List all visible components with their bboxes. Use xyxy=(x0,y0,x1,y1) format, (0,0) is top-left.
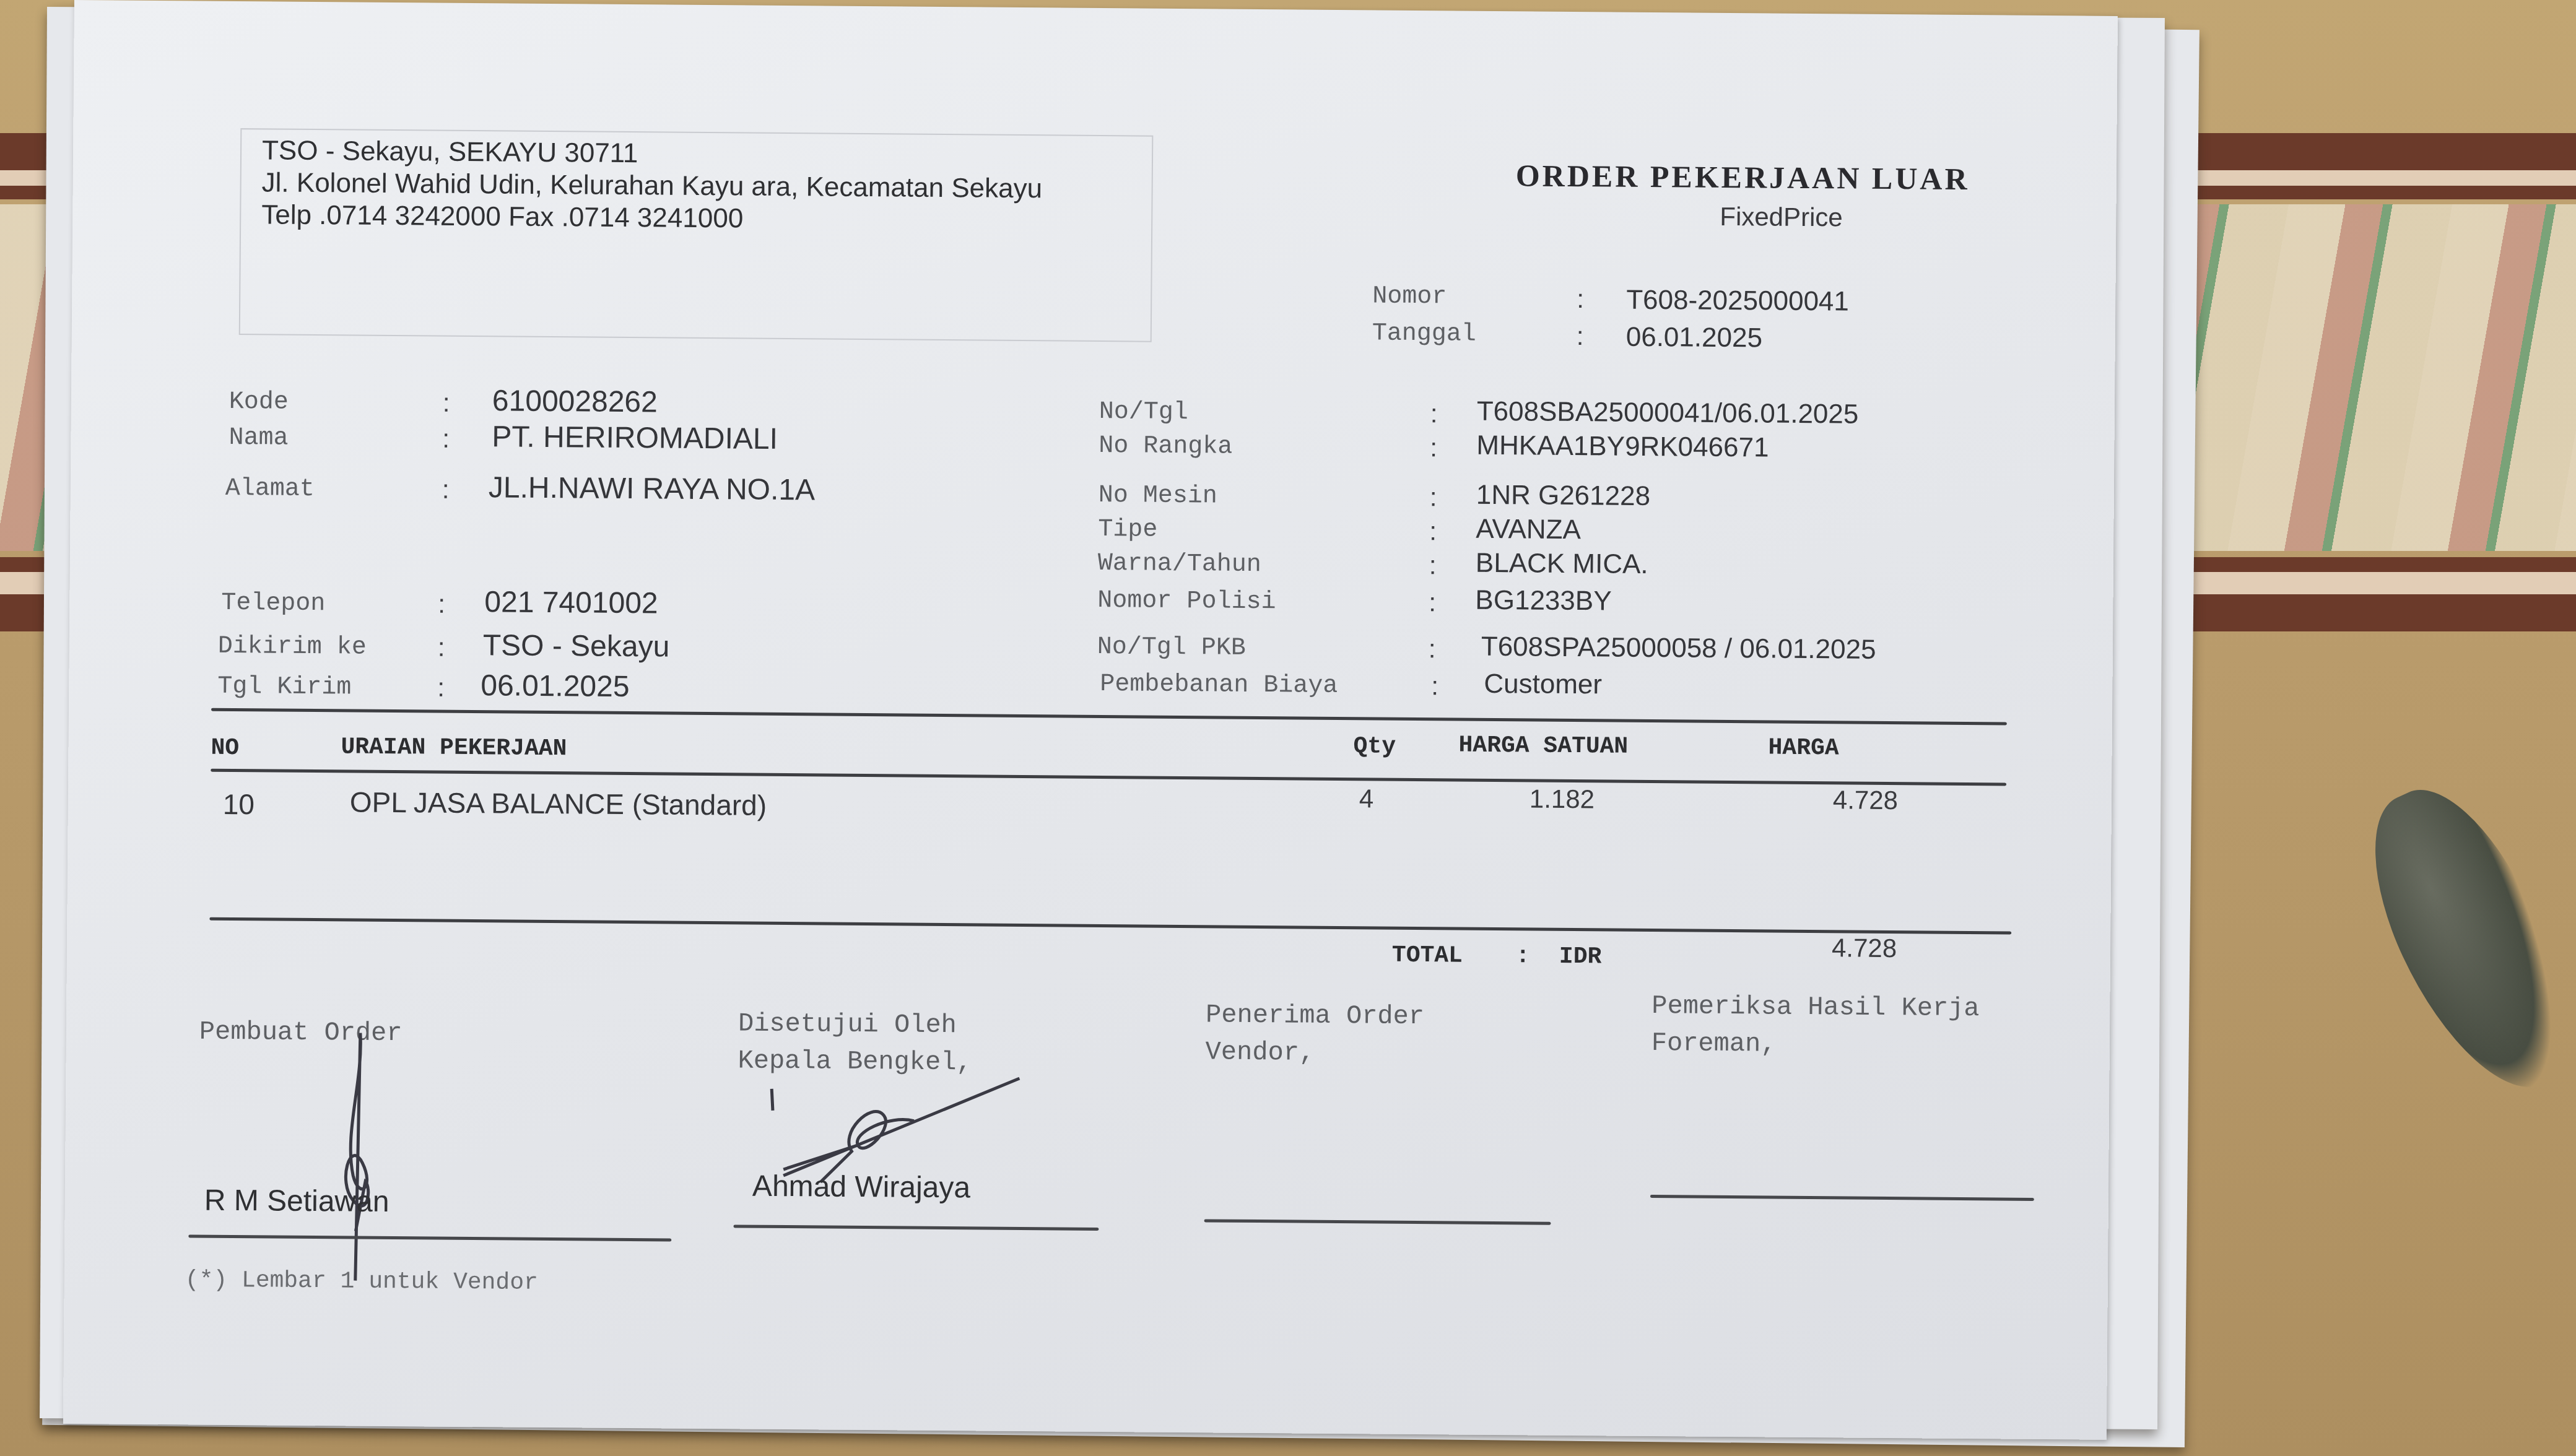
no-rangka-label: No Rangka xyxy=(1099,432,1232,461)
col-header-no: NO xyxy=(211,735,239,761)
kode-label: Kode xyxy=(229,388,289,417)
row-harga-satuan: 1.182 xyxy=(1529,784,1595,814)
total-label: TOTAL xyxy=(1392,942,1463,969)
separator: : xyxy=(1516,943,1530,969)
nomor-value: T608-2025000041 xyxy=(1626,285,1849,318)
separator: : xyxy=(1429,516,1437,546)
signature-line xyxy=(1650,1195,2034,1201)
col-header-qty: Qty xyxy=(1353,733,1396,760)
separator: : xyxy=(438,633,445,662)
nama-value: PT. HERIROMADIALI xyxy=(492,420,778,456)
separator: : xyxy=(1429,634,1436,664)
separator: : xyxy=(1431,671,1438,701)
company-name: TSO - Sekayu, SEKAYU 30711 xyxy=(262,134,638,170)
nama-label: Nama xyxy=(228,424,288,453)
signature-line xyxy=(188,1235,671,1242)
pemeriksa-hasil-label: Pemeriksa Hasil Kerja Foreman, xyxy=(1651,987,1980,1064)
tanggal-label: Tanggal xyxy=(1372,319,1476,348)
separator: : xyxy=(1577,284,1584,314)
nomor-label: Nomor xyxy=(1372,282,1447,311)
no-mesin-label: No Mesin xyxy=(1099,482,1217,511)
table-header-rule xyxy=(211,769,2006,786)
row-harga: 4.728 xyxy=(1833,785,1898,815)
no-tgl-pkb-label: No/Tgl PKB xyxy=(1097,633,1246,662)
no-tgl-label: No/Tgl xyxy=(1099,398,1188,427)
order-document: TSO - Sekayu, SEKAYU 30711 Jl. Kolonel W… xyxy=(63,0,2118,1440)
tgl-kirim-value: 06.01.2025 xyxy=(481,669,630,704)
no-tgl-pkb-value: T608SPA25000058 / 06.01.2025 xyxy=(1481,631,1876,665)
separator: : xyxy=(1429,587,1436,617)
fabric-leaf-motif xyxy=(2341,766,2576,1116)
separator: : xyxy=(1429,550,1437,580)
disetujui-oleh-name: Ahmad Wirajaya xyxy=(752,1169,971,1205)
no-mesin-value: 1NR G261228 xyxy=(1476,480,1651,512)
row-no: 10 xyxy=(223,787,255,821)
no-tgl-value: T608SBA25000041/06.01.2025 xyxy=(1477,396,1859,430)
currency-label: IDR xyxy=(1559,943,1602,971)
document-title: ORDER PEKERJAAN LUAR xyxy=(1516,157,1970,197)
separator: : xyxy=(442,475,450,505)
warna-tahun-label: Warna/Tahun xyxy=(1098,550,1261,579)
tgl-kirim-label: Tgl Kirim xyxy=(217,673,351,702)
document-subtitle: FixedPrice xyxy=(1720,202,1843,233)
tanggal-value: 06.01.2025 xyxy=(1626,322,1763,354)
alamat-label: Alamat xyxy=(225,475,315,503)
pembebanan-biaya-label: Pembebanan Biaya xyxy=(1100,670,1338,700)
col-header-uraian: URAIAN PEKERJAAN xyxy=(341,734,567,762)
warna-tahun-value: BLACK MICA. xyxy=(1476,548,1648,580)
alamat-value: JL.H.NAWI RAYA NO.1A xyxy=(489,470,816,507)
company-phone-fax: Telp .0714 3242000 Fax .0714 3241000 xyxy=(261,199,743,235)
footnote: (*) Lembar 1 untuk Vendor xyxy=(185,1267,538,1296)
penerima-order-label: Penerima Order Vendor, xyxy=(1205,996,1424,1072)
separator: : xyxy=(1430,433,1437,462)
table-top-rule xyxy=(211,708,2007,726)
separator: : xyxy=(1430,482,1437,512)
disetujui-oleh-label: Disetujui Oleh Kepala Bengkel, xyxy=(738,1005,972,1081)
telepon-label: Telepon xyxy=(221,589,325,618)
row-uraian: OPL JASA BALANCE (Standard) xyxy=(350,786,767,822)
row-qty: 4 xyxy=(1359,784,1374,813)
col-header-harga-satuan: HARGA SATUAN xyxy=(1458,732,1628,760)
separator: : xyxy=(442,424,450,454)
tipe-label: Tipe xyxy=(1098,516,1157,544)
separator: : xyxy=(1577,321,1584,351)
no-rangka-value: MHKAA1BY9RK046671 xyxy=(1476,430,1769,464)
dikirim-ke-label: Dikirim ke xyxy=(218,633,367,662)
total-value: 4.728 xyxy=(1832,933,1897,963)
separator: : xyxy=(443,388,450,418)
nomor-polisi-label: Nomor Polisi xyxy=(1097,587,1276,616)
nomor-polisi-value: BG1233BY xyxy=(1475,585,1612,617)
col-header-harga: HARGA xyxy=(1768,735,1838,762)
signature-line xyxy=(733,1224,1099,1231)
separator: : xyxy=(438,589,445,619)
signature-line xyxy=(1204,1219,1551,1224)
signature-mark xyxy=(324,1033,401,1281)
table-bottom-rule xyxy=(209,917,2011,935)
kode-value: 6100028262 xyxy=(492,384,658,419)
tipe-value: AVANZA xyxy=(1476,514,1581,545)
telepon-value: 021 7401002 xyxy=(484,585,658,620)
separator: : xyxy=(1430,399,1438,428)
dikirim-ke-value: TSO - Sekayu xyxy=(483,628,670,664)
pembuat-order-name: R M Setiawan xyxy=(204,1184,389,1219)
pembebanan-biaya-value: Customer xyxy=(1484,669,1602,700)
separator: : xyxy=(437,673,445,703)
